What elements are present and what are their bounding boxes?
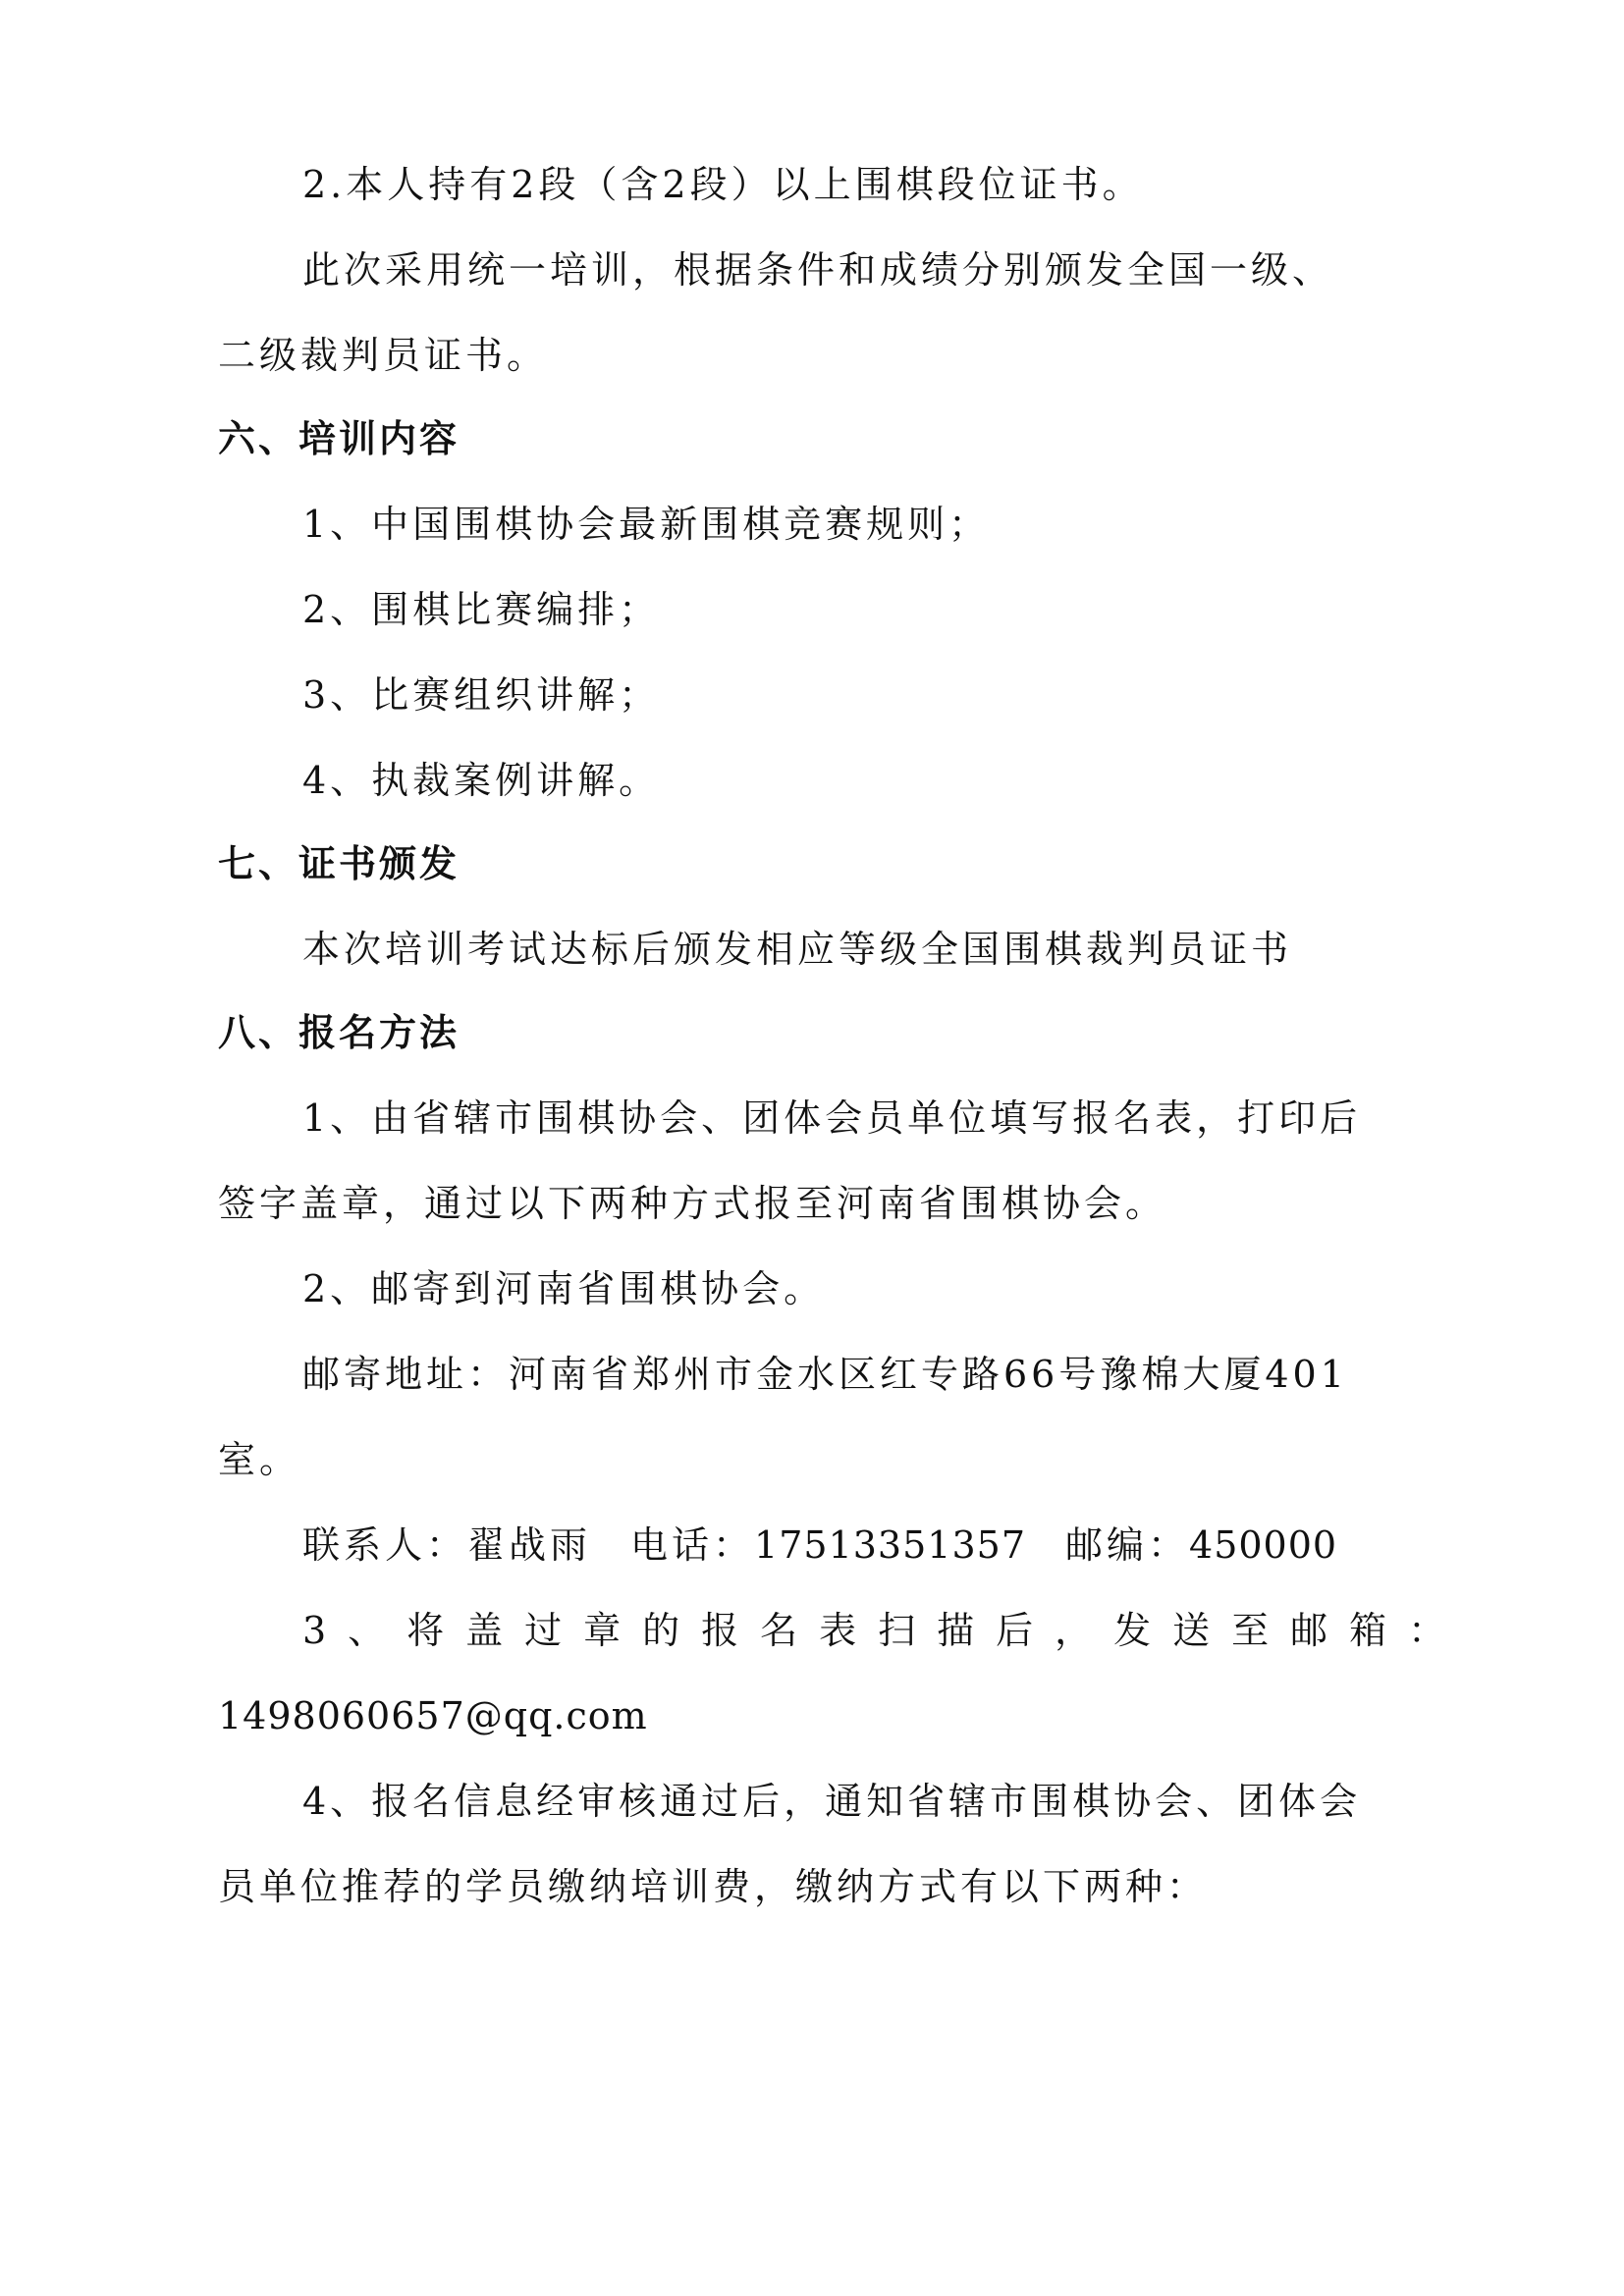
phone-number: 17513351357 <box>754 1523 1026 1567</box>
contact-info-line: 联系人：翟战雨电话：17513351357邮编：450000 <box>302 1521 1337 1570</box>
section-heading-training-content: 六、培训内容 <box>218 414 460 463</box>
mailing-address-line2: 室。 <box>218 1435 300 1484</box>
list-item-training-3: 3、比赛组织讲解； <box>302 670 660 720</box>
contact-label: 联系人： <box>302 1523 467 1567</box>
registration-item1-line1: 1、由省辖市围棋协会、团体会员单位填写报名表，打印后 <box>302 1094 1361 1143</box>
phone-label: 电话： <box>630 1523 754 1567</box>
paragraph-condition-2: 2.本人持有2段（含2段）以上围棋段位证书。 <box>302 160 1144 209</box>
registration-item4-line1: 4、报名信息经审核通过后，通知省辖市围棋协会、团体会 <box>302 1777 1361 1826</box>
list-item-training-1: 1、中国围棋协会最新围棋竞赛规则； <box>302 500 990 549</box>
document-page: 2.本人持有2段（含2段）以上围棋段位证书。 此次采用统一培训，根据条件和成绩分… <box>0 0 1624 2296</box>
section-heading-certificate: 七、证书颁发 <box>218 839 460 888</box>
postcode-label: 邮编： <box>1065 1523 1189 1567</box>
registration-item4-line2: 员单位推荐的学员缴纳培训费，缴纳方式有以下两种： <box>218 1862 1208 1911</box>
registration-item2: 2、邮寄到河南省围棋协会。 <box>302 1264 825 1313</box>
mailing-address-line1: 邮寄地址：河南省郑州市金水区红专路66号豫棉大厦401 <box>302 1350 1348 1399</box>
registration-item3-line1: 3、将盖过章的报名表扫描后，发送至邮箱： <box>302 1606 1467 1655</box>
contact-name: 翟战雨 <box>467 1523 591 1567</box>
paragraph-certificate-body: 本次培训考试达标后颁发相应等级全国围棋裁判员证书 <box>302 925 1292 974</box>
list-item-training-2: 2、围棋比赛编排； <box>302 585 660 634</box>
section-heading-registration: 八、报名方法 <box>218 1008 460 1057</box>
paragraph-unified-training-line1: 此次采用统一培训，根据条件和成绩分别颁发全国一级、 <box>302 245 1333 294</box>
list-item-training-4: 4、执裁案例讲解。 <box>302 756 660 805</box>
postcode-value: 450000 <box>1189 1523 1337 1567</box>
registration-item1-line2: 签字盖章，通过以下两种方式报至河南省围棋协会。 <box>218 1179 1166 1228</box>
paragraph-unified-training-line2: 二级裁判员证书。 <box>218 331 548 380</box>
registration-email: 1498060657@qq.com <box>218 1691 648 1740</box>
